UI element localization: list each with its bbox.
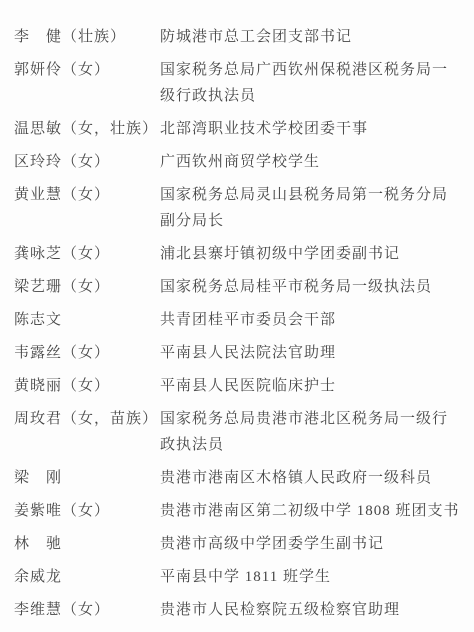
person-name: 梁 刚 [14, 465, 160, 491]
person-name: 温思敏（女，壮族） [14, 116, 160, 142]
person-title: 广西钦州商贸学校学生 [160, 149, 460, 175]
list-item: 韦露丝（女）平南县人民法院法官助理 [14, 340, 460, 366]
person-title: 国家税务总局灵山县税务局第一税务分局副分局长 [160, 182, 460, 234]
person-title: 浦北县寨圩镇初级中学团委副书记 [160, 241, 460, 267]
list-item: 姜紫唯（女）贵港市港南区第二初级中学 1808 班团支书 [14, 498, 460, 524]
person-name: 周玫君（女，苗族） [14, 406, 160, 432]
person-name: 姜紫唯（女） [14, 498, 160, 524]
list-item: 林 驰贵港市高级中学团委学生副书记 [14, 531, 460, 557]
person-name: 梁艺珊（女） [14, 274, 160, 300]
person-name: 余威龙 [14, 564, 160, 590]
person-name: 黄晓丽（女） [14, 373, 160, 399]
list-item: 温思敏（女，壮族）北部湾职业技术学校团委干事 [14, 116, 460, 142]
list-item: 黄业慧（女）国家税务总局灵山县税务局第一税务分局副分局长 [14, 182, 460, 234]
person-title: 国家税务总局广西钦州保税港区税务局一级行政执法员 [160, 57, 460, 109]
person-name: 林 驰 [14, 531, 160, 557]
person-title: 贵港市港南区第二初级中学 1808 班团支书 [160, 498, 460, 524]
document-page: 李 健（壮族）防城港市总工会团支部书记郭妍伶（女）国家税务总局广西钦州保税港区税… [0, 0, 474, 632]
person-title: 平南县人民法院法官助理 [160, 340, 460, 366]
list-item: 郭妍伶（女）国家税务总局广西钦州保税港区税务局一级行政执法员 [14, 57, 460, 109]
list-item: 龚咏芝（女）浦北县寨圩镇初级中学团委副书记 [14, 241, 460, 267]
person-name: 龚咏芝（女） [14, 241, 160, 267]
person-title: 国家税务总局桂平市税务局一级执法员 [160, 274, 460, 300]
person-title: 平南县人民医院临床护士 [160, 373, 460, 399]
person-name: 黄业慧（女） [14, 182, 160, 208]
person-title: 贵港市高级中学团委学生副书记 [160, 531, 460, 557]
person-name: 李 健（壮族） [14, 24, 160, 50]
roster-list: 李 健（壮族）防城港市总工会团支部书记郭妍伶（女）国家税务总局广西钦州保税港区税… [14, 24, 460, 623]
list-item: 黄晓丽（女）平南县人民医院临床护士 [14, 373, 460, 399]
list-item: 梁 刚贵港市港南区木格镇人民政府一级科员 [14, 465, 460, 491]
person-title: 共青团桂平市委员会干部 [160, 307, 460, 333]
person-title: 防城港市总工会团支部书记 [160, 24, 460, 50]
person-title: 贵港市人民检察院五级检察官助理 [160, 597, 460, 623]
list-item: 李维慧（女）贵港市人民检察院五级检察官助理 [14, 597, 460, 623]
person-title: 北部湾职业技术学校团委干事 [160, 116, 460, 142]
person-title: 贵港市港南区木格镇人民政府一级科员 [160, 465, 460, 491]
list-item: 陈志文共青团桂平市委员会干部 [14, 307, 460, 333]
person-title: 国家税务总局贵港市港北区税务局一级行政执法员 [160, 406, 460, 458]
list-item: 梁艺珊（女）国家税务总局桂平市税务局一级执法员 [14, 274, 460, 300]
person-name: 区玲玲（女） [14, 149, 160, 175]
person-title: 平南县中学 1811 班学生 [160, 564, 460, 590]
person-name: 陈志文 [14, 307, 160, 333]
person-name: 李维慧（女） [14, 597, 160, 623]
person-name: 韦露丝（女） [14, 340, 160, 366]
list-item: 周玫君（女，苗族）国家税务总局贵港市港北区税务局一级行政执法员 [14, 406, 460, 458]
list-item: 余威龙平南县中学 1811 班学生 [14, 564, 460, 590]
person-name: 郭妍伶（女） [14, 57, 160, 83]
list-item: 区玲玲（女）广西钦州商贸学校学生 [14, 149, 460, 175]
list-item: 李 健（壮族）防城港市总工会团支部书记 [14, 24, 460, 50]
